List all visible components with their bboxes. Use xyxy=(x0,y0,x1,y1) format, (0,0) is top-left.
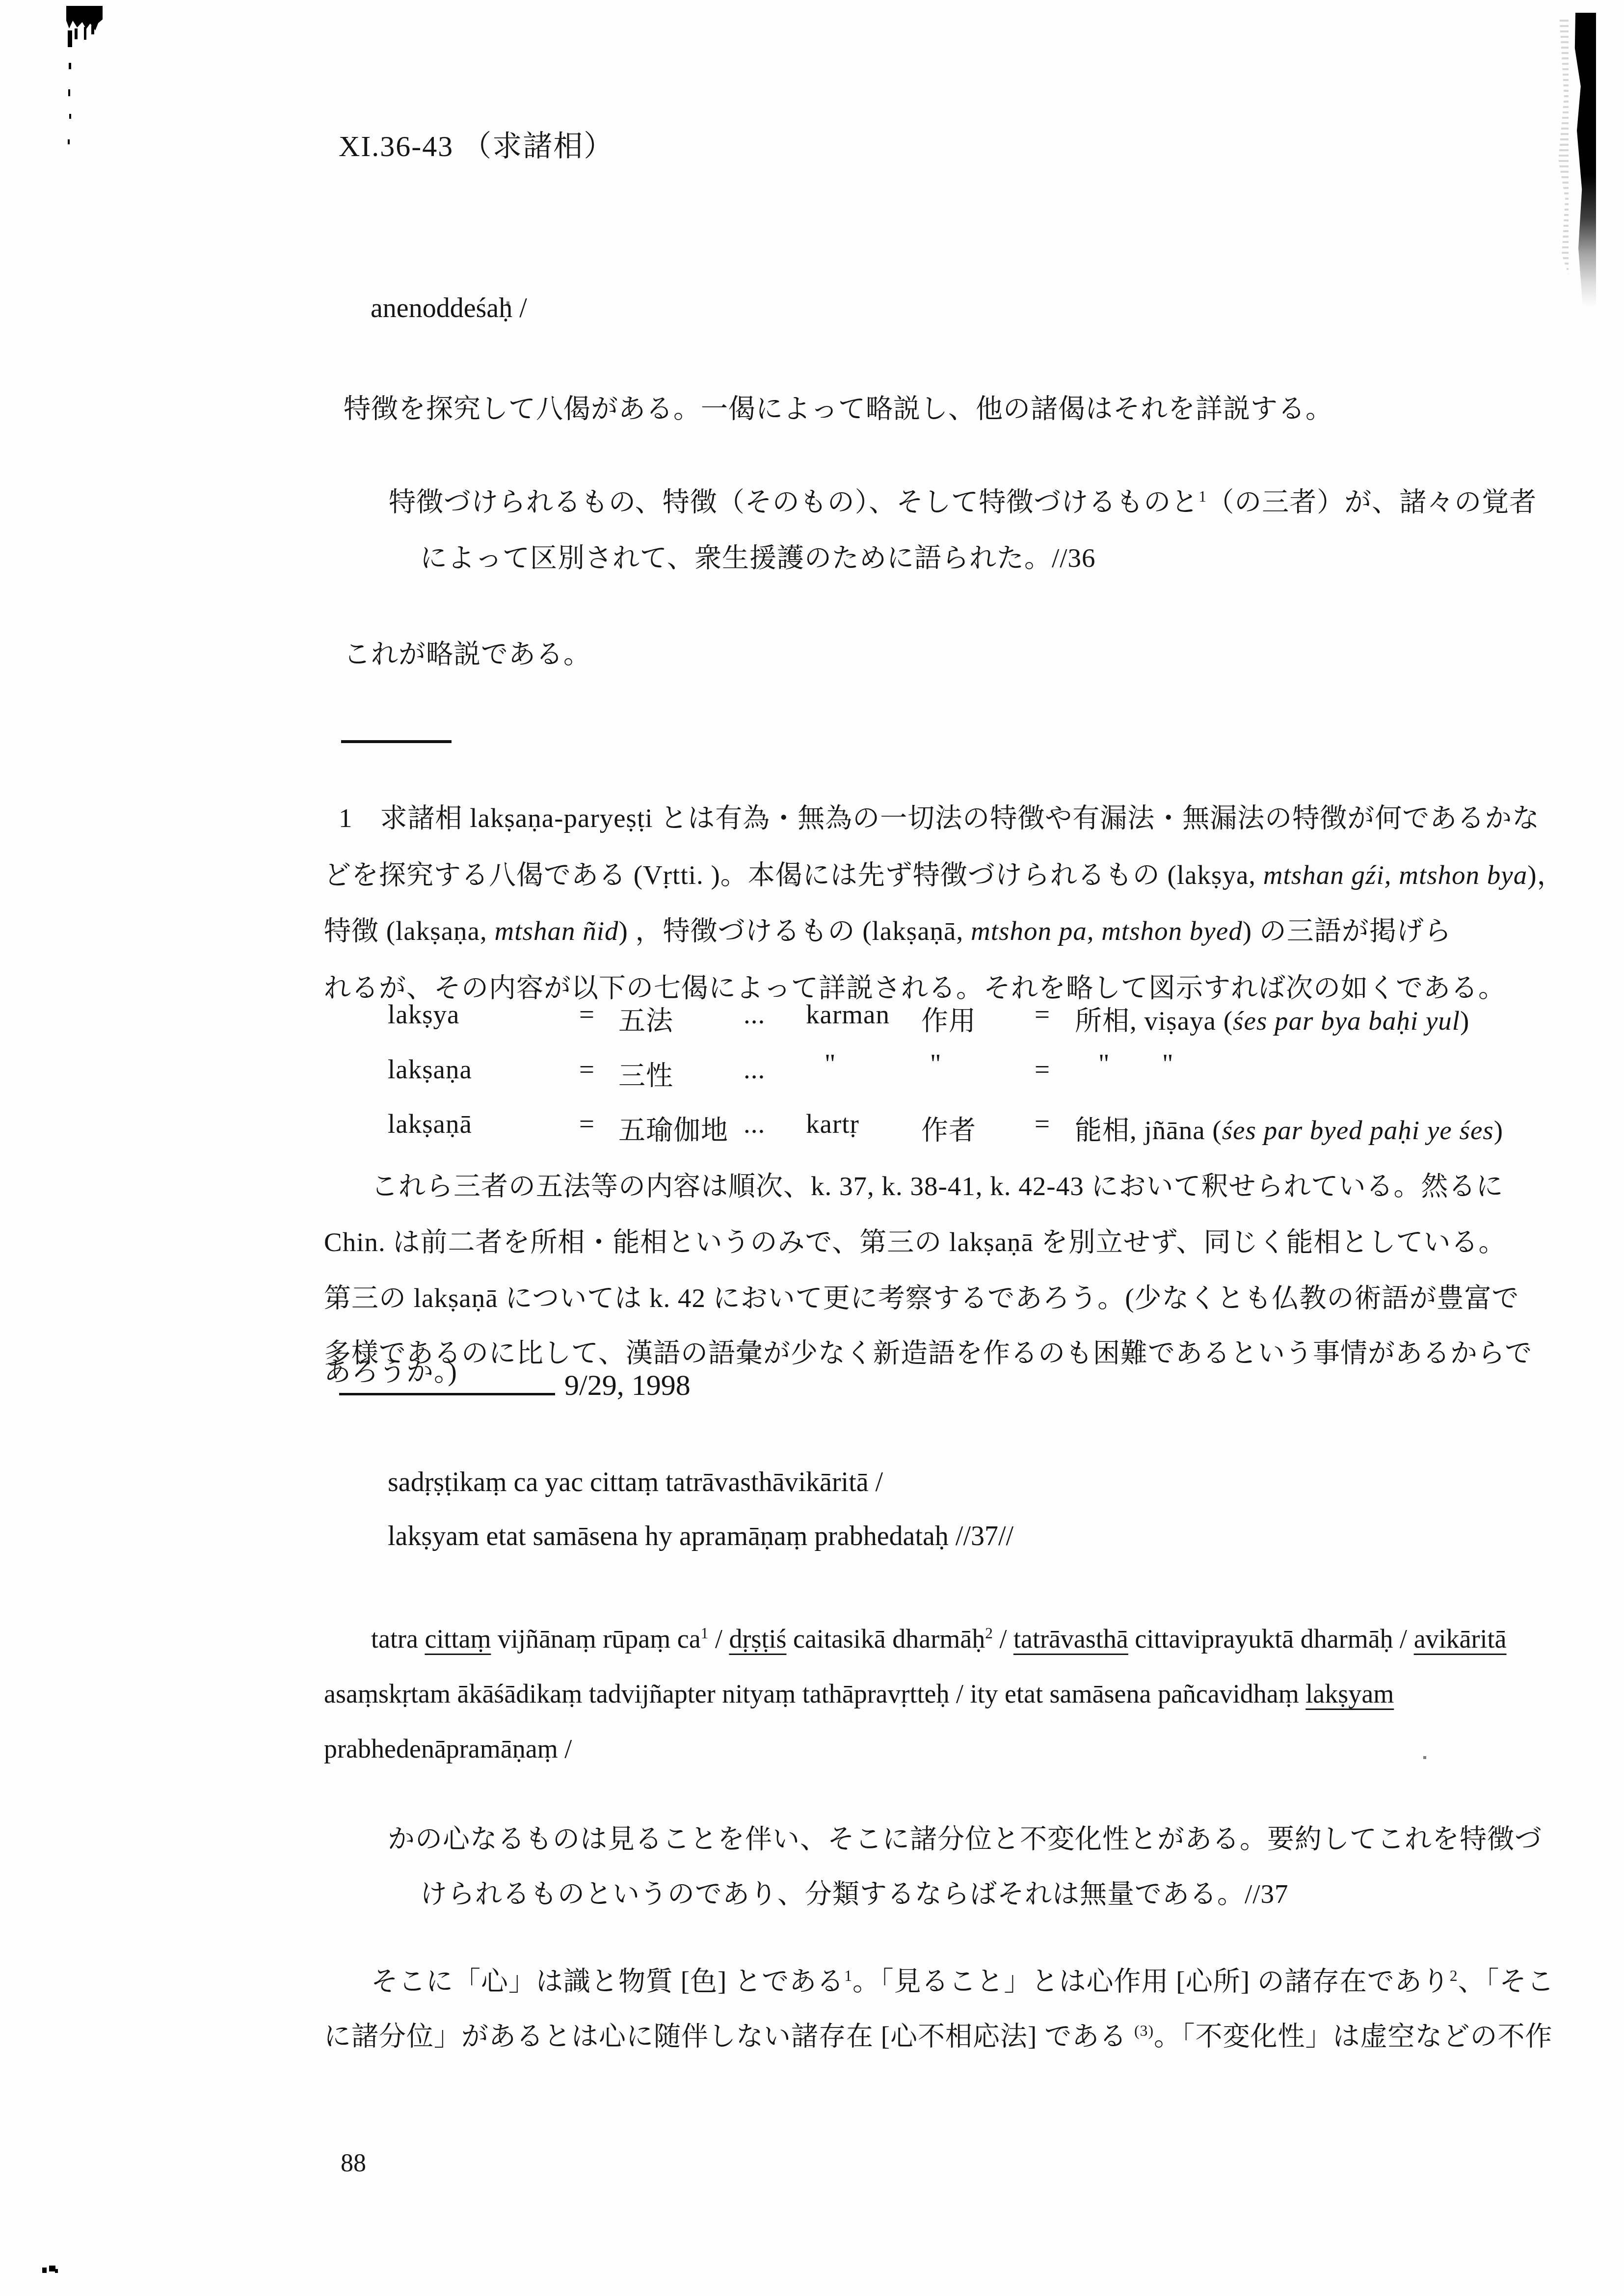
value-cell: 五法 xyxy=(618,999,673,1038)
underlined-term: cittaṃ xyxy=(425,1624,491,1654)
page-header-chapter: XI.36-43 （求諸相） xyxy=(339,123,614,165)
role-ja-cell: 作者 xyxy=(921,1108,976,1147)
commentary-text: asaṃskṛtam ākāśādikaṃ tadvijñapter nitya… xyxy=(324,1679,1305,1709)
footnote-ref-1: 1 xyxy=(701,1625,709,1642)
footnote-cont-line4: 多様であるのに比して、漢語の語彙が少なく新造語を作るのも困難であるという事情があ… xyxy=(324,1331,1532,1370)
scan-speck xyxy=(1423,1756,1426,1759)
footnote-line2-text-b: )， xyxy=(1527,860,1564,890)
role-cell: kartṛ xyxy=(806,1108,859,1139)
tibetan-term-italic: mtshan ñid xyxy=(495,916,619,946)
equals-sign: = xyxy=(1035,999,1050,1030)
term-cell: lakṣaṇa xyxy=(388,1054,472,1085)
sanskrit-commentary-line1: tatra cittaṃ vijñānaṃ rūpaṃ ca1 / dṛṣṭiś… xyxy=(371,1624,1507,1654)
tibetan-gloss-italic: śes par byed paḥi ye śes xyxy=(1222,1115,1494,1145)
commentary-text: caitasikā dharmāḥ xyxy=(786,1624,985,1654)
footnote-ref-2: 2 xyxy=(1450,1967,1458,1984)
footnote-line2-text-a: どを探究する八偈である (Vṛtti. )。本偈には先ず特徴づけられるもの (l… xyxy=(324,860,1263,890)
commentary-text: / xyxy=(708,1624,729,1654)
intro-paragraph: 特徴を探究して八偈がある。一偈によって略説し、他の諸偈はそれを詳説する。 xyxy=(344,387,1333,426)
footnote-cont-line1: これら三者の五法等の内容は順次、k. 37, k. 38-41, k. 42-4… xyxy=(371,1164,1503,1203)
sanskrit-commentary-line2: asaṃskṛtam ākāśādikaṃ tadvijñapter nitya… xyxy=(324,1679,1394,1709)
footnote-line3: 特徴 (lakṣaṇa, mtshan ñid) ，特徴づけるもの (lakṣa… xyxy=(324,909,1452,948)
underlined-term: tatrāvasthā xyxy=(1013,1624,1128,1654)
ditto-mark: " xyxy=(1098,1048,1110,1079)
scan-artifact-right-edge-haze xyxy=(1546,20,1569,275)
commentary-text: vijñānaṃ rūpaṃ ca xyxy=(491,1624,700,1654)
tibetan-term-italic: mtshon pa, mtshon byed xyxy=(971,916,1243,946)
result-text: 所相, viṣaya ( xyxy=(1075,1006,1233,1036)
verse36-line1-text-b: （の三者）が、諸々の覚者 xyxy=(1207,487,1537,517)
date-annotation: 9/29, 1998 xyxy=(564,1368,691,1402)
footnote-cont-line2: Chin. は前二者を所相・能相というのみで、第三の lakṣaṇā を別立せず… xyxy=(324,1220,1506,1259)
ellipsis: ... xyxy=(744,1108,765,1139)
scan-speck xyxy=(68,139,70,144)
closing-paragraph-line1: そこに「心」は識と物質 [色] とである1。「見ること」とは心作用 [心所] の… xyxy=(371,1959,1554,1998)
verse36-line2: によって区別されて、衆生援護のために語られた。//36 xyxy=(420,536,1095,575)
equals-sign: = xyxy=(1035,1108,1050,1139)
equals-sign: = xyxy=(1035,1054,1050,1085)
scan-speck xyxy=(42,2268,47,2273)
scan-speck xyxy=(84,27,86,40)
value-cell: 三性 xyxy=(618,1054,673,1093)
ellipsis: ... xyxy=(744,999,765,1030)
underlined-term: dṛṣṭiś xyxy=(729,1624,786,1654)
footnote-cont-line3: 第三の lakṣaṇā については k. 42 において更に考察するであろう。(… xyxy=(324,1276,1519,1315)
equals-sign: = xyxy=(579,999,595,1030)
scanned-document-page: XI.36-43 （求諸相） anenoddeśaḥ / 特徴を探究して八偈があ… xyxy=(0,0,1624,2296)
result-text: ) xyxy=(1460,1006,1469,1036)
closing-paragraph-line2: に諸分位」があるとは心に随伴しない諸存在 [心不相応法] である (3)。「不変… xyxy=(324,2014,1553,2053)
scan-artifact-right-edge-bar xyxy=(1567,13,1596,307)
commentary-text: tatra xyxy=(371,1624,425,1654)
verse36-line1: 特徴づけられるもの、特徴（そのもの）、そして特徴づけるものと1（の三者）が、諸々… xyxy=(389,480,1537,519)
underlined-term: avikāritā xyxy=(1414,1624,1507,1654)
ditto-mark: " xyxy=(1162,1048,1173,1079)
result-text: ) xyxy=(1494,1115,1503,1145)
verse37-translation-line1: かの心なるものは見ることを伴い、そこに諸分位と不変化性とがある。要約してこれを特… xyxy=(388,1817,1542,1856)
paragraph-text: 。「不変化性」は虚空などの不作 xyxy=(1154,2021,1553,2051)
sanskrit-opening: anenoddeśaḥ / xyxy=(371,293,527,324)
commentary-text: cittaviprayuktā dharmāḥ / xyxy=(1128,1624,1414,1654)
result-text: 能相, jñāna ( xyxy=(1075,1115,1222,1145)
footnote-ref-1: 1 xyxy=(1198,488,1207,505)
footnote-ref-2: 2 xyxy=(985,1625,993,1642)
date-rule xyxy=(339,1393,555,1395)
footnote-cont-line5: あろうか。) xyxy=(324,1350,457,1388)
paragraph-text: に諸分位」があるとは心に随伴しない諸存在 [心不相応法] である xyxy=(324,2021,1134,2051)
result-cell: 能相, jñāna (śes par byed paḥi ye śes) xyxy=(1075,1108,1503,1147)
scan-speck xyxy=(68,89,70,96)
page-number: 88 xyxy=(341,2149,366,2178)
paragraph-text: 。「見ること」とは心作用 [心所] の諸存在であり xyxy=(852,1966,1450,1996)
sanskrit-commentary-line3: prabhedenāpramāṇaṃ / xyxy=(324,1734,572,1764)
role-cell: karman xyxy=(806,999,890,1030)
summary-remark: これが略説である。 xyxy=(344,632,591,671)
scan-speck xyxy=(91,26,94,34)
scan-speck xyxy=(75,28,78,39)
value-cell: 五瑜伽地 xyxy=(618,1108,728,1147)
footnote-ref-3: (3) xyxy=(1134,2022,1154,2039)
underlined-term: lakṣyam xyxy=(1305,1679,1394,1709)
term-cell: lakṣya xyxy=(388,999,460,1030)
tibetan-term-italic: mtshan gźi, mtshon bya xyxy=(1263,860,1527,890)
scan-speck xyxy=(68,30,72,47)
sanskrit-verse37-line1: sadṛṣṭikaṃ ca yac cittaṃ tatrāvasthāvikā… xyxy=(388,1467,883,1498)
footnote-ref-1: 1 xyxy=(844,1967,852,1984)
footnote-line3-text-c: ) の三語が掲げら xyxy=(1243,916,1452,946)
equals-sign: = xyxy=(579,1054,595,1085)
tibetan-gloss-italic: śes par bya baḥi yul xyxy=(1233,1006,1460,1036)
ellipsis: ... xyxy=(744,1054,765,1085)
ditto-mark: " xyxy=(825,1048,836,1079)
sanskrit-verse37-line2: lakṣyam etat samāsena hy apramāṇaṃ prabh… xyxy=(388,1521,1013,1552)
scan-speck xyxy=(55,2269,58,2273)
verse36-line1-text-a: 特徴づけられるもの、特徴（そのもの）、そして特徴づけるものと xyxy=(389,487,1198,517)
footnote-separator-rule xyxy=(341,740,452,743)
paragraph-text: 、「そこ xyxy=(1458,1966,1555,1996)
footnote-line3-text-a: 特徴 (lakṣaṇa, xyxy=(324,916,495,946)
scan-speck xyxy=(69,114,71,119)
footnote-line3-text-b: ) ，特徴づけるもの (lakṣaṇā, xyxy=(618,916,971,946)
equals-sign: = xyxy=(579,1108,595,1139)
paragraph-text: そこに「心」は識と物質 [色] とである xyxy=(371,1966,844,1996)
ditto-mark: " xyxy=(930,1048,941,1079)
term-cell: lakṣaṇā xyxy=(388,1108,472,1139)
role-ja-cell: 作用 xyxy=(921,999,976,1038)
verse37-translation-line2: けられるものというのであり、分類するならばそれは無量である。//37 xyxy=(420,1872,1289,1911)
footnote-line1: 1 求諸相 lakṣaṇa-paryeṣṭi とは有為・無為の一切法の特徴や有漏… xyxy=(339,796,1540,835)
result-cell: 所相, viṣaya (śes par bya baḥi yul) xyxy=(1075,999,1469,1038)
scan-speck xyxy=(69,63,71,69)
footnote-line2: どを探究する八偈である (Vṛtti. )。本偈には先ず特徴づけられるもの (l… xyxy=(324,853,1565,892)
commentary-text: / xyxy=(993,1624,1013,1654)
